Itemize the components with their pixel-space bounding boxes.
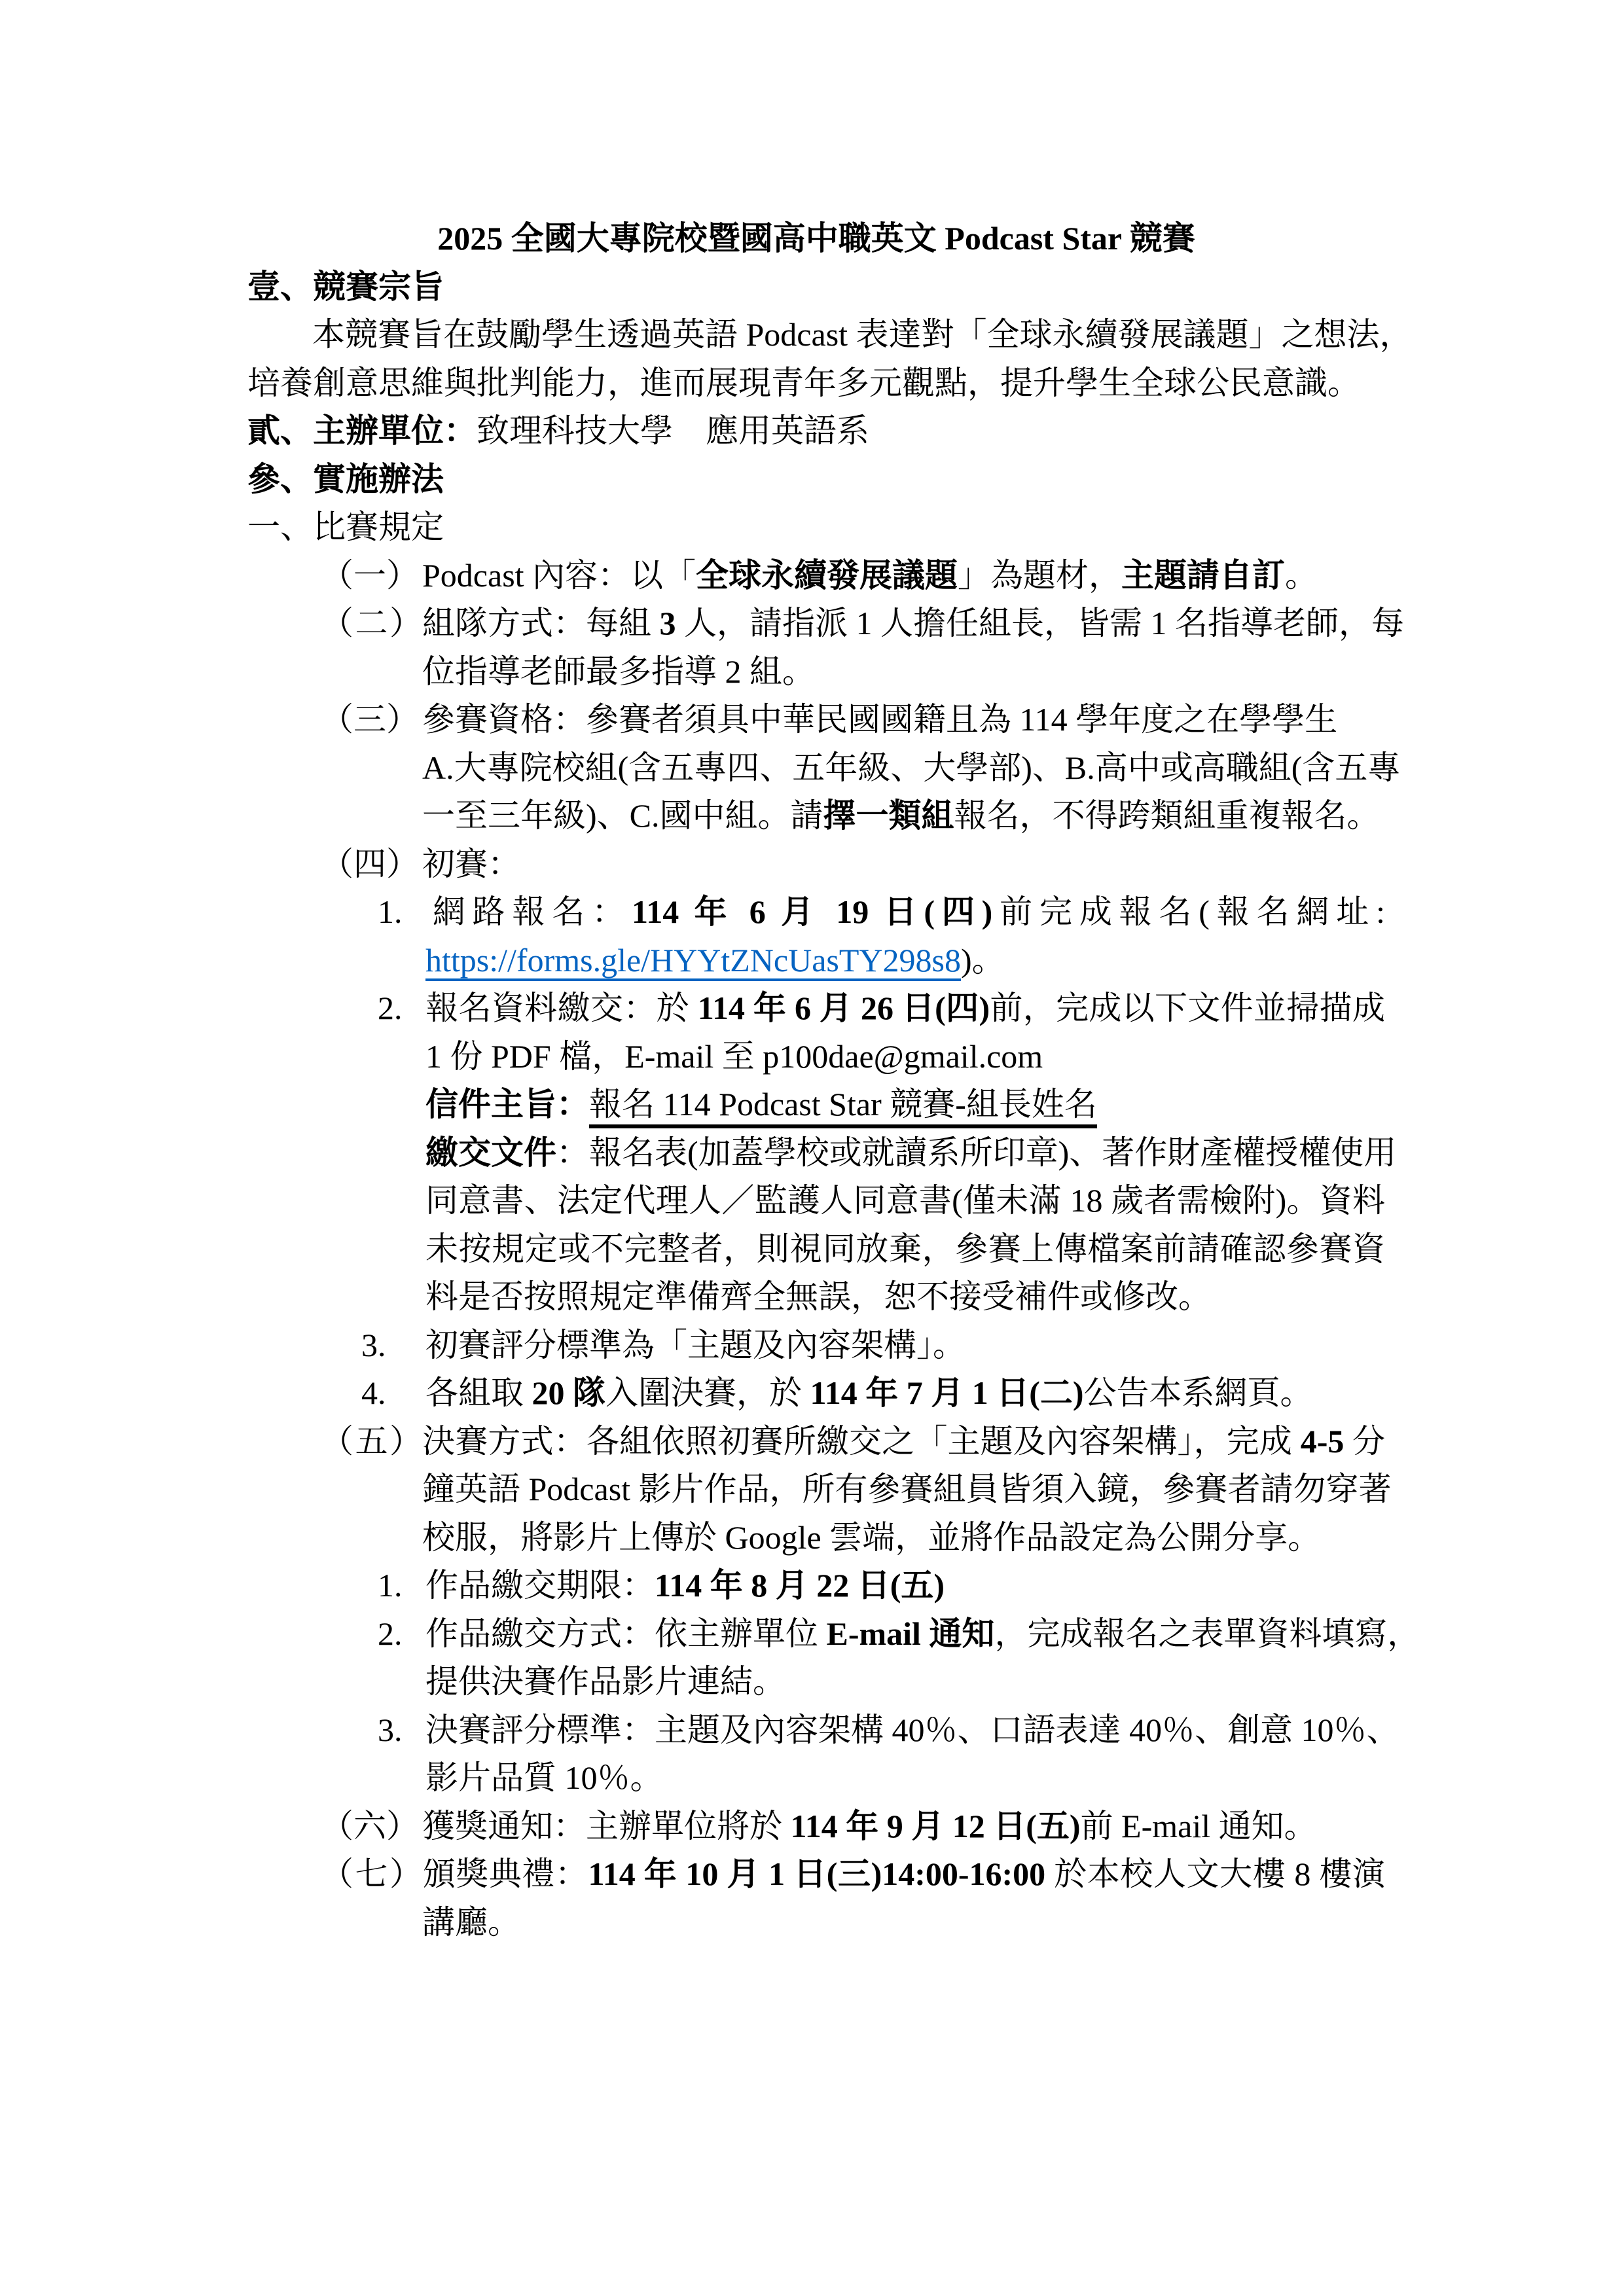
text-segment: 一至三年級)、C.國中組。請 [422,797,823,834]
text-segment: 前 E-mail 通知。 [1081,1808,1317,1844]
text-segment: 參賽資格：參賽者須具中華民國國籍且為 114 學年度之在學學生 [422,701,1337,738]
document-line: 校服，將影片上傳於 Google 雲端，並將作品設定為公開分享。 [247,1514,1385,1562]
text-segment: 人，請指派 1 人擔任組長，皆需 1 名指導老師，每 [676,605,1405,641]
document-line: （二）組隊方式：每組 3 人，請指派 1 人擔任組長，皆需 1 名指導老師，每 [247,600,1385,648]
text-segment: 繳交文件 [425,1134,556,1171]
text-segment: 報名資料繳交：於 [425,990,698,1026]
document-line: （七）頒獎典禮：114 年 10 月 1 日(三)14:00-16:00 於本校… [247,1850,1385,1899]
text-segment: 114 年 10 月 1 日(三)14:00-16:00 [588,1856,1045,1892]
list-marker: 2. [378,1610,425,1659]
text-segment: 頒獎典禮： [422,1856,588,1892]
list-marker: （七） [321,1850,422,1899]
text-segment: Podcast 內容：以「 [422,557,696,594]
text-segment: 本競賽旨在鼓勵學生透過英語 Podcast 表達對「全球永續發展議題」之想法， [312,316,1413,353]
text-segment: 於本校人文大樓 8 樓演 [1045,1856,1385,1892]
document-line: 料是否按照規定準備齊全無誤，恕不接受補件或修改。 [247,1273,1385,1321]
text-segment: 組隊方式：每組 [422,605,660,641]
text-segment: 報名，不得跨類組重複報名。 [954,797,1380,834]
text-segment: E-mail 通知 [827,1615,995,1652]
document-line: 提供決賽作品影片連結。 [247,1658,1385,1706]
document-line: （一）Podcast 內容：以「全球永續發展議題」為題材，主題請自訂。 [247,552,1385,600]
list-marker: 4. [361,1369,425,1418]
text-segment: 一、比賽規定 [247,509,444,545]
document-line: 3.決賽評分標準：主題及內容架構 40％、口語表達 40％、創意 10％、 [247,1706,1385,1755]
list-marker: （五） [321,1418,422,1466]
text-segment: 初賽： [422,846,520,882]
text-segment: 擇一類組 [823,797,954,834]
list-marker: 2. [378,984,425,1033]
text-segment: 114 年 8 月 22 日(五) [655,1567,945,1604]
text-segment: 決賽評分標準：主題及內容架構 40％、口語表達 40％、創意 10％、 [425,1712,1399,1748]
heading-implementation: 參、實施辦法 [247,456,1385,504]
text-segment: 參、實施辦法 [247,461,444,497]
text-segment: A.大專院校組(含五專四、五年級、大學部)、B.高中或高職組(含五專 [422,749,1400,786]
text-segment: 信件主旨： [425,1086,589,1122]
text-segment: 各組取 [425,1374,532,1411]
text-segment: 4-5 [1301,1423,1344,1460]
document-line: 講廳。 [247,1899,1385,1947]
text-segment: 入圍決賽，於 [605,1374,810,1411]
text-segment: 影片品質 10％。 [425,1759,663,1796]
document-line: https://forms.gle/HYYtZNcUasTY298s8)。 [247,937,1385,985]
list-marker: （六） [321,1803,422,1851]
document-line: 2.報名資料繳交：於 114 年 6 月 26 日(四)前，完成以下文件並掃描成 [247,984,1385,1033]
text-segment: 1 份 PDF 檔，E-mail 至 p100dae@gmail.com [425,1038,1043,1075]
text-segment: ，完成報名之表單資料填寫， [994,1615,1420,1652]
text-segment: 貳、主辦單位： [247,412,477,449]
document-line: 繳交文件：報名表(加蓋學校或就讀系所印章)、著作財產權授權使用 [247,1129,1385,1177]
document-line: （三）參賽資格：參賽者須具中華民國國籍且為 114 學年度之在學學生 [247,696,1385,744]
text-segment: 114 年 6 月 26 日(四) [698,990,990,1026]
text-segment: ：報名表(加蓋學校或就讀系所印章)、著作財產權授權使用 [556,1134,1396,1171]
text-segment: 同意書、法定代理人／監護人同意書(僅未滿 18 歲者需檢附)。資料 [425,1182,1385,1219]
text-segment: 全球永續發展議題 [696,557,958,594]
email-subject-text: 報名 114 Podcast Star 競賽-組長姓名 [589,1086,1097,1128]
text-segment: 114 年 7 月 1 日(二) [810,1374,1084,1411]
heading-competition-rules: 一、比賽規定 [247,503,1385,552]
text-segment: 講廳。 [422,1904,520,1941]
text-segment: 網路報名： [425,893,632,930]
list-marker: （三） [321,696,422,744]
text-segment: 前，完成以下文件並掃描成 [990,990,1385,1026]
document-page: 2025 全國大專院校暨國高中職英文 Podcast Star 競賽 壹、競賽宗… [247,215,1385,1946]
heading-competition-purpose: 壹、競賽宗旨 [247,263,1385,312]
text-segment: 位指導老師最多指導 2 組。 [422,653,815,690]
document-line: 本競賽旨在鼓勵學生透過英語 Podcast 表達對「全球永續發展議題」之想法， [247,311,1385,359]
document-line: 一至三年級)、C.國中組。請擇一類組報名，不得跨類組重複報名。 [247,792,1385,840]
heading-organizer: 貳、主辦單位：致理科技大學 應用英語系 [247,407,1385,456]
text-segment: 作品繳交方式：依主辦單位 [425,1615,827,1652]
list-marker: 3. [378,1706,425,1755]
list-marker: 1. [378,1562,425,1610]
text-segment: 料是否按照規定準備齊全無誤，恕不接受補件或修改。 [425,1278,1211,1315]
document-line: 鐘英語 Podcast 影片作品，所有參賽組員皆須入鏡，參賽者請勿穿著 [247,1465,1385,1514]
text-segment: 114 年 9 月 12 日(五) [791,1808,1081,1844]
registration-url-link[interactable]: https://forms.gle/HYYtZNcUasTY298s8 [425,942,961,981]
document-line: 位指導老師最多指導 2 組。 [247,648,1385,696]
text-segment: 。 [1285,557,1318,594]
document-line: （四）初賽： [247,840,1385,889]
text-segment: 培養創意思維與批判能力，進而展現青年多元觀點，提升學生全球公民意識。 [247,365,1360,401]
text-segment: 提供決賽作品影片連結。 [425,1663,785,1700]
text-segment: 20 隊 [532,1374,606,1411]
list-marker: （二） [321,600,422,648]
document-line: A.大專院校組(含五專四、五年級、大學部)、B.高中或高職組(含五專 [247,744,1385,793]
document-line: 信件主旨：報名 114 Podcast Star 競賽-組長姓名 [247,1081,1385,1129]
document-line: 1 份 PDF 檔，E-mail 至 p100dae@gmail.com [247,1033,1385,1081]
list-marker: 3. [361,1321,425,1370]
text-segment: 公告本系網頁。 [1084,1374,1313,1411]
text-segment: 3 [660,605,676,641]
text-segment: 前完成報名(報名網址: [992,893,1385,930]
text-segment: 致理科技大學 應用英語系 [477,412,869,449]
document-line: 培養創意思維與批判能力，進而展現青年多元觀點，提升學生全球公民意識。 [247,359,1385,408]
document-line: 4.各組取 20 隊入圍決賽，於 114 年 7 月 1 日(二)公告本系網頁。 [247,1369,1385,1418]
document-line: 未按規定或不完整者，則視同放棄，參賽上傳檔案前請確認參賽資 [247,1225,1385,1274]
document-line: 同意書、法定代理人／監護人同意書(僅未滿 18 歲者需檢附)。資料 [247,1177,1385,1225]
text-segment: )。 [961,942,1005,978]
text-segment: 作品繳交期限： [425,1567,655,1604]
text-segment: 主題請自訂 [1121,557,1285,594]
document-line: 3.初賽評分標準為「主題及內容架構」。 [247,1321,1385,1370]
list-marker: （四） [321,840,422,889]
document-line: 1.作品繳交期限：114 年 8 月 22 日(五) [247,1562,1385,1610]
text-segment: 初賽評分標準為「主題及內容架構」。 [425,1327,965,1363]
list-marker: （一） [321,552,422,600]
text-segment: 鐘英語 Podcast 影片作品，所有參賽組員皆須入鏡，參賽者請勿穿著 [422,1471,1392,1507]
document-title: 2025 全國大專院校暨國高中職英文 Podcast Star 競賽 [247,215,1385,263]
document-line: 影片品質 10％。 [247,1754,1385,1803]
document-line: 1.網路報名：114 年 6 月 19 日(四)前完成報名(報名網址: [247,888,1385,937]
page: { "page": { "width": 2481, "height": 350… [0,0,1624,2296]
document-line: （五）決賽方式：各組依照初賽所繳交之「主題及內容架構」，完成 4-5 分 [247,1418,1385,1466]
text-segment: 114 年 6 月 19 日(四) [632,893,992,930]
text-segment: 」為題材， [958,557,1121,594]
text-segment: 校服，將影片上傳於 Google 雲端，並將作品設定為公開分享。 [422,1519,1320,1556]
text-segment: 未按規定或不完整者，則視同放棄，參賽上傳檔案前請確認參賽資 [425,1230,1385,1267]
text-segment: 獲獎通知：主辦單位將於 [422,1808,791,1844]
text-segment: 壹、競賽宗旨 [247,268,444,305]
text-segment: 分 [1344,1423,1385,1460]
list-marker: 1. [378,888,425,937]
document-line: （六）獲獎通知：主辦單位將於 114 年 9 月 12 日(五)前 E-mail… [247,1803,1385,1851]
document-line: 2.作品繳交方式：依主辦單位 E-mail 通知，完成報名之表單資料填寫， [247,1610,1385,1659]
text-segment: 決賽方式：各組依照初賽所繳交之「主題及內容架構」，完成 [422,1423,1301,1460]
